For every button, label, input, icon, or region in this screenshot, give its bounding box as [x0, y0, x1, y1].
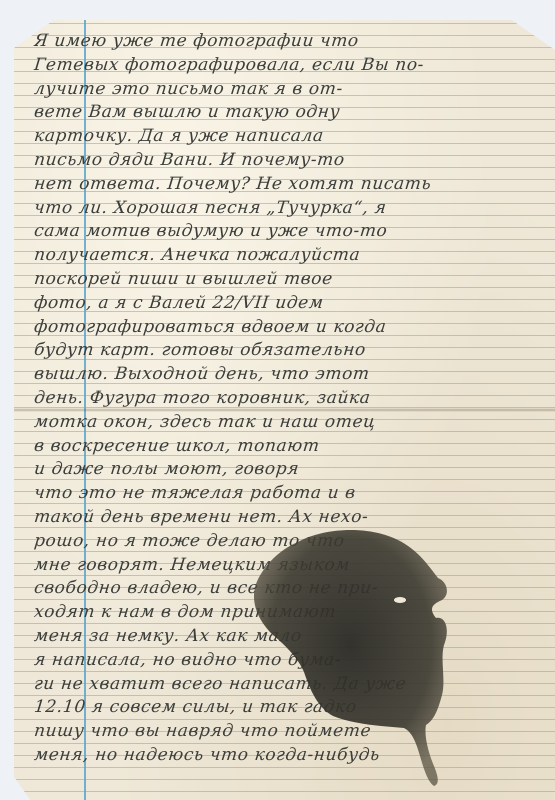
text-line: поскорей пиши и вышлей твое [33, 268, 549, 292]
text-line: Я имею уже те фотографии что [33, 30, 549, 54]
text-line: что это не тяжелая работа и в [33, 482, 549, 506]
text-line: в воскресение школ, топают [33, 435, 549, 459]
text-line: письмо дяди Вани. И почему-то [33, 149, 549, 173]
text-line: 12.10 я совсем силы, и так гадко [33, 696, 549, 720]
text-line: мотка окон, здесь так и наш отец [33, 411, 549, 435]
text-line: получается. Анечка пожалуйста [33, 244, 549, 268]
handwritten-text: Я имею уже те фотографии что Гетевых фот… [34, 30, 547, 768]
text-line: мне говорят. Немецким языком [33, 554, 549, 578]
text-line: будут карт. готовы обязательно [33, 339, 549, 363]
text-line: свободно владею, и все кто не при- [33, 577, 549, 601]
text-line: рошо, но я тоже делаю то что [33, 530, 549, 554]
text-line: вете Вам вышлю и такую одну [33, 101, 549, 125]
text-line: фото, а я с Валей 22/VII идем [33, 292, 549, 316]
text-line: меня за немку. Ах как мало [33, 625, 549, 649]
text-line: Гетевых фотографировала, если Вы по- [33, 54, 549, 78]
text-line: пишу что вы навряд что поймете [33, 720, 549, 744]
text-line: нет ответа. Почему? Не хотят писать [33, 173, 549, 197]
text-line: я написала, но видно что бума- [33, 649, 549, 673]
text-line: ходят к нам в дом принимают [33, 601, 549, 625]
text-line: что ли. Хорошая песня „Тучурка“, я [33, 197, 549, 221]
text-line: и даже полы моют, говоря [33, 458, 549, 482]
text-line: ги не хватит всего написать. Да уже [33, 673, 549, 697]
text-line: такой день времени нет. Ах нехо- [33, 506, 549, 530]
text-line: день. Фугура того коровник, зайка [33, 387, 549, 411]
letter-sheet: Я имею уже те фотографии что Гетевых фот… [14, 20, 555, 800]
text-line: вышлю. Выходной день, что этот [33, 363, 549, 387]
text-line: меня, но надеюсь что когда-нибудь [33, 744, 549, 768]
text-line: сама мотив выдумую и уже что-то [33, 220, 549, 244]
text-line: фотографироваться вдвоем и когда [33, 316, 549, 340]
text-line: лучите это письмо так я в от- [33, 78, 549, 102]
text-line: карточку. Да я уже написала [33, 125, 549, 149]
